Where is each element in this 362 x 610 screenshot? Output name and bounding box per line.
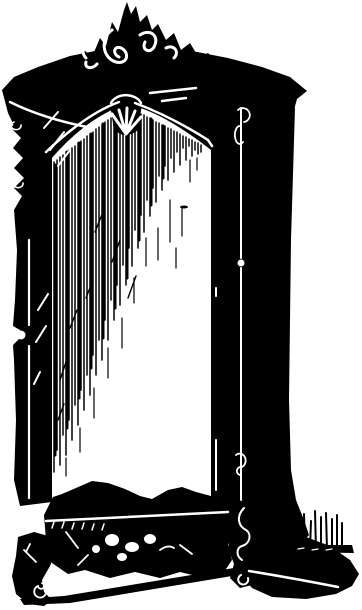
apron-shell-3: [144, 534, 156, 544]
illustration-canvas: [0, 0, 362, 610]
door-knob: [238, 260, 245, 267]
apron-shell-2: [125, 542, 139, 552]
mirror-speck: [180, 206, 188, 209]
apron-shell-5: [92, 545, 100, 553]
wardrobe-engraving: [0, 0, 362, 610]
left-stile-knob: [17, 331, 26, 340]
apron-shell-4: [117, 553, 127, 561]
apron-shell-1: [105, 534, 119, 546]
